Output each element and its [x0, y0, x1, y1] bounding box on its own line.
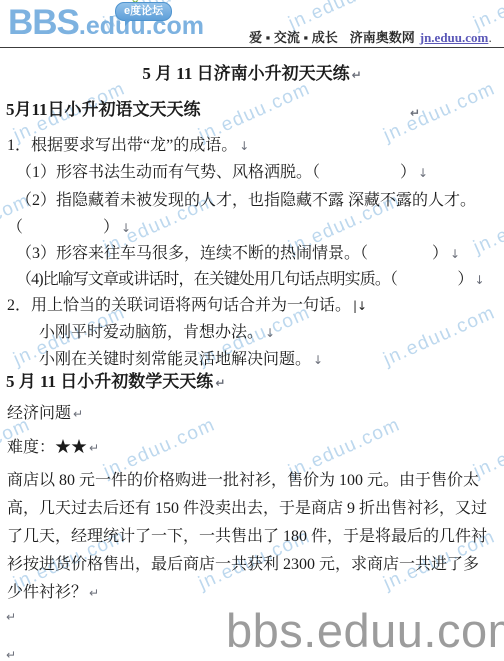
site-logo[interactable]: BBS.eduˇu.com e度论坛	[8, 3, 204, 43]
format-mark: ↵	[215, 376, 225, 390]
doc-line: （4)比喻写文章或讲话时，在关键处用几句话点明实质。（ ）↓	[16, 270, 484, 290]
doc-line: （3）形容来往车马很多，连续不断的热闹情景。（ ）↓	[16, 244, 460, 264]
logo-bbs-text: BBS	[8, 3, 79, 43]
format-mark: ↵	[352, 68, 362, 82]
text-cursor: |↓	[353, 299, 367, 313]
doc-line: 小刚在关键时刻常能灵活地解决问题。↓	[39, 350, 323, 370]
format-mark: ↵	[73, 407, 83, 421]
site-name: 济南奥数网	[350, 30, 415, 45]
format-mark: ↓	[239, 139, 249, 153]
format-mark: ↵	[6, 648, 16, 661]
empty-paragraph: ↵	[4, 645, 16, 661]
tagline-slogan: 爱 ▪ 交流 ▪ 成长	[249, 30, 338, 45]
doc-line: （1）形容书法生动而有气势、风格洒脱。（ ）↓	[16, 163, 428, 183]
doc-line: 少件衬衫？↵	[7, 583, 99, 603]
doc-line: 小刚平时爱动脑筋，肯想办法。↓	[39, 323, 275, 343]
header-tagline: 爱 ▪ 交流 ▪ 成长济南奥数网jn.eduu.com.	[249, 27, 492, 46]
doc-line: 2．用上恰当的关联词语将两句话合并为一句话。|↓	[7, 296, 367, 316]
format-mark: ↵	[89, 586, 99, 600]
empty-paragraph: ↵	[4, 607, 16, 627]
heading-language-practice: 5月11日小升初语文天天练↵	[6, 100, 466, 120]
format-mark: ↓	[121, 221, 131, 235]
doc-line: （ ）↓	[7, 218, 131, 238]
heading-math-practice: 5 月 11 日小升初数学天天练↵	[6, 372, 225, 393]
document-page: jn.eduu.comjn.eduu.comjn.eduu.comjn.eduu…	[0, 0, 504, 661]
bottom-watermark: bbs.eduu.com	[226, 603, 504, 658]
doc-line: （2）指隐藏着未被发现的人才，也指隐藏不露 深藏不露的人才。	[16, 191, 478, 211]
doc-line: 商店以 80 元一件的价格购进一批衬衫，售价为 100 元。由于售价太	[7, 471, 479, 491]
doc-line: 了几天，经理统计了一下，一共售出了 180 件，于是将最后的几件衬	[7, 527, 487, 547]
format-mark: ↓	[450, 247, 460, 261]
doc-line: 经济问题↵	[7, 404, 83, 424]
format-mark: ↵	[410, 103, 420, 123]
format-mark: ↓	[475, 273, 484, 287]
format-mark: ↓	[418, 166, 428, 180]
doc-line: 衫按进货价格售出，最后商店一共获利 2300 元，求商店一共进了多	[7, 555, 479, 575]
format-mark: ↵	[89, 441, 99, 455]
doc-line: 1．根据要求写出带“龙”的成语。↓	[7, 136, 249, 156]
header-divider	[0, 47, 504, 48]
site-link[interactable]: jn.eduu.com	[420, 30, 489, 45]
difficulty-line: 难度：★★↵	[7, 438, 99, 458]
format-mark: ↓	[265, 326, 275, 340]
doc-title: 5 月 11 日济南小升初天天练↵	[0, 59, 504, 84]
forum-badge: e度论坛	[115, 2, 172, 21]
doc-line: 高，几天过去后还有 150 件没卖出去，于是商店 9 折出售衬衫，又过	[7, 499, 487, 519]
format-mark: ↵	[6, 610, 16, 624]
format-mark: ↓	[313, 353, 323, 367]
tagline-suffix: .	[488, 30, 492, 45]
